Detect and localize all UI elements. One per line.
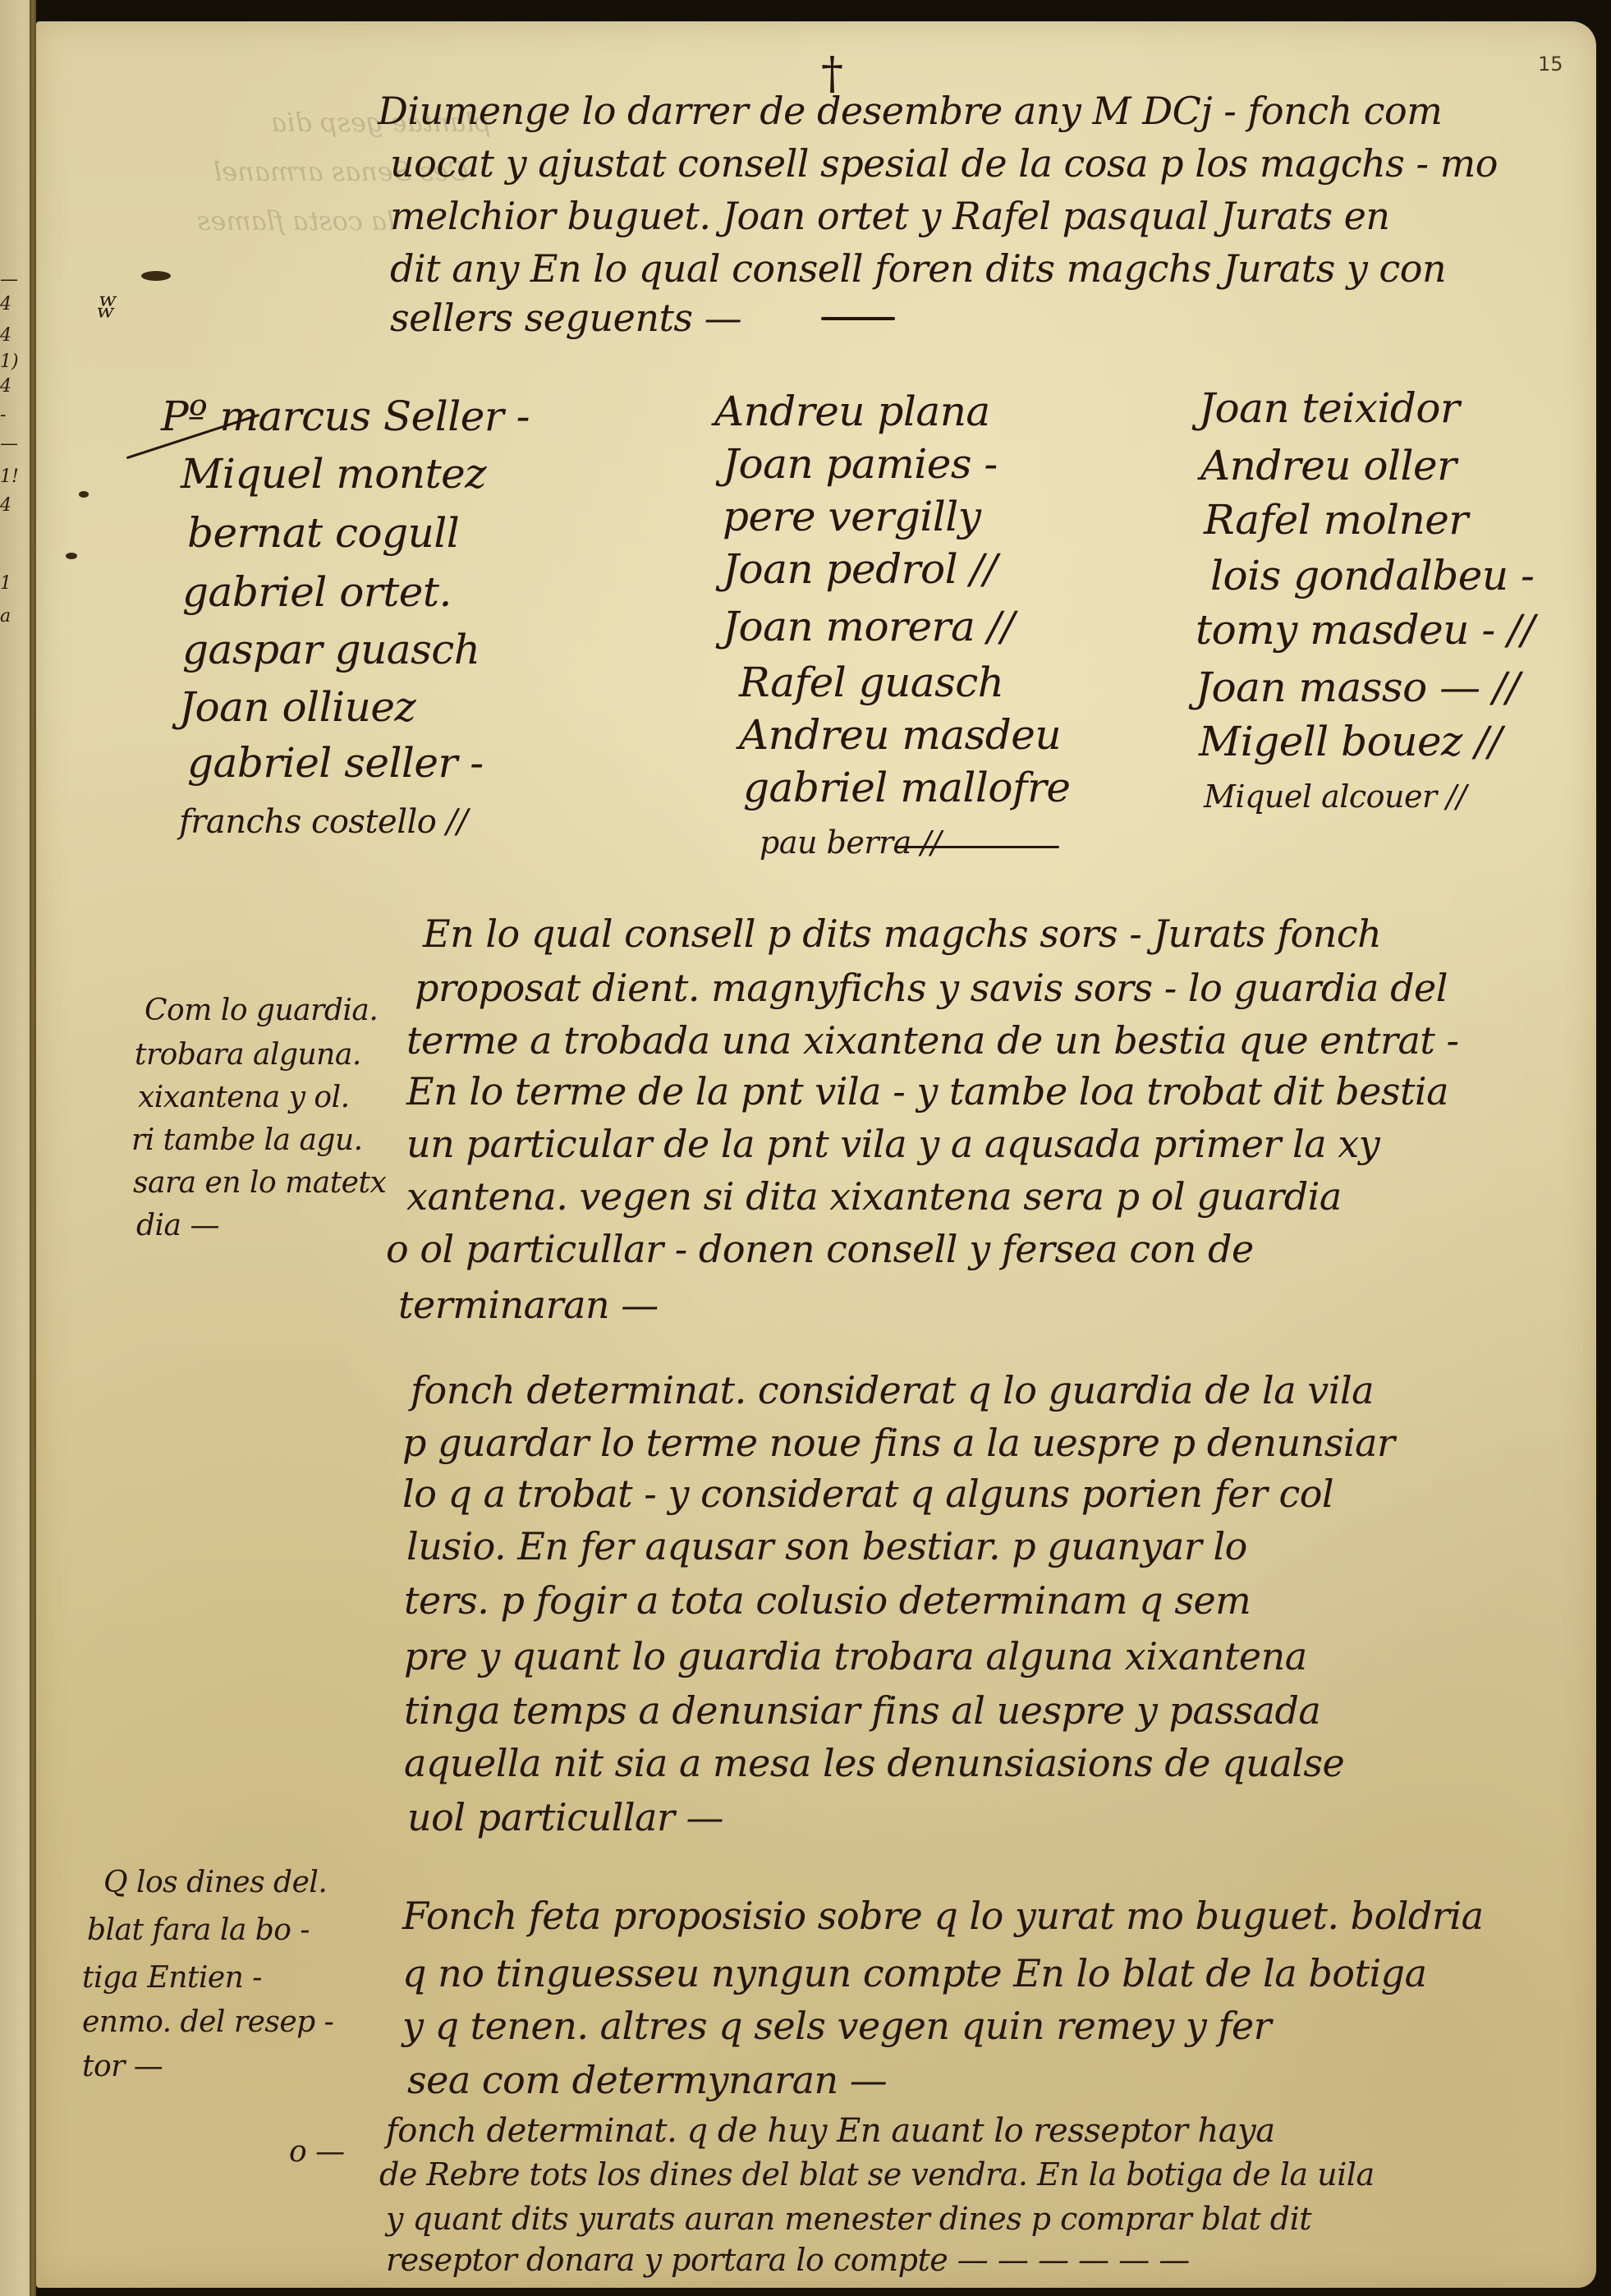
paragraph-line: lo q a trobat - y considerat q alguns po… <box>402 1472 1333 1516</box>
prev-page-fragment: 1! <box>0 468 33 486</box>
margin-note-line: tor — <box>82 2050 163 2083</box>
prev-page-fragment: — <box>0 435 33 453</box>
councillor-name: Andreu oller <box>1200 442 1456 489</box>
councillor-name: gabriel ortet. <box>182 568 452 616</box>
paragraph-line: tinga temps a denunsiar fins al uespre y… <box>404 1688 1320 1733</box>
councillor-name: Andreu plana <box>714 388 990 435</box>
councillor-name: lois gondalbeu - <box>1210 552 1534 599</box>
prev-page-fragment: 1) <box>0 353 33 371</box>
heading-line: Diumenge lo darrer de desembre any M DCj… <box>378 89 1442 133</box>
councillor-name: bernat cogull <box>187 509 459 557</box>
councillor-name: franchs costello // <box>179 803 468 841</box>
line-filler <box>895 846 1059 848</box>
councillor-name: Rafel molner <box>1204 496 1468 544</box>
margin-note-line: o — <box>289 2135 345 2169</box>
heading-line: dit any En lo qual consell foren dits ma… <box>390 246 1446 291</box>
paragraph-line: de Rebre tots los dines del blat se vend… <box>379 2156 1375 2193</box>
paragraph-line: aquella nit sia a mesa les denunsiasions… <box>404 1741 1344 1785</box>
prev-page-fragment: 4 <box>0 378 33 396</box>
paragraph-line: terminaran — <box>398 1283 659 1327</box>
paragraph-line: pre y quant lo guardia trobara alguna xi… <box>404 1634 1307 1678</box>
paragraph-line: terme a trobada una xixantena de un best… <box>406 1018 1459 1063</box>
councillor-name: gaspar guasch <box>182 626 480 673</box>
line-filler <box>821 317 895 320</box>
margin-note-line: sara en lo matetx <box>133 1166 386 1200</box>
councillor-name: gabriel mallofre <box>743 764 1071 811</box>
councillor-name: Andreu masdeu <box>739 711 1061 759</box>
councillor-name: Migell bouez // <box>1199 718 1502 765</box>
margin-note-line: ri tambe la agu. <box>131 1123 363 1157</box>
paragraph-line: Fonch feta proposisio sobre q lo yurat m… <box>402 1894 1484 1938</box>
binding-gutter <box>30 0 36 2296</box>
folio-number: 15 <box>1538 53 1563 76</box>
margin-note-line: dia — <box>136 1209 219 1242</box>
paragraph-line: un particular de la pnt vila y a aqusada… <box>406 1122 1379 1166</box>
margin-note-line: Q los dines del. <box>103 1866 327 1899</box>
heading-line: uocat y ajustat consell spesial de la co… <box>390 141 1498 186</box>
previous-page-edge: — 4 4 1) 4 - — 1! 4 1 a <box>0 0 33 2296</box>
paragraph-line: y quant dits yurats auran menester dines… <box>386 2201 1311 2237</box>
paragraph-line: fonch determinat. considerat q lo guardi… <box>411 1368 1374 1412</box>
councillor-name: pere vergilly <box>723 493 980 540</box>
ink-blot <box>79 491 89 498</box>
paragraph-line: reseptor donara y portara lo compte — — … <box>386 2242 1190 2278</box>
paragraph-line: y q tenen. altres q sels vegen quin reme… <box>402 2004 1271 2048</box>
paragraph-line: En lo terme de la pnt vila - y tambe loa… <box>406 1069 1448 1114</box>
prev-page-fragment: 4 <box>0 497 33 515</box>
councillor-name: Joan teixidor <box>1199 384 1459 432</box>
prev-page-fragment: 4 <box>0 327 33 345</box>
paragraph-line: fonch determinat. q de huy En auant lo r… <box>386 2112 1275 2150</box>
paragraph-line: lusio. En fer aqusar son bestiar. p guan… <box>406 1524 1247 1568</box>
councillor-name: Joan olliuez <box>179 683 415 731</box>
margin-note-line: xixantena y ol. <box>138 1081 350 1114</box>
margin-note-line: enmo. del resep - <box>82 2005 333 2039</box>
councillor-name: Joan morera // <box>723 603 1014 650</box>
prev-page-fragment: 4 <box>0 296 33 314</box>
prev-page-fragment: — <box>0 271 33 289</box>
councillor-name: Joan pedrol // <box>723 545 997 593</box>
paragraph-line: sea com determynaran — <box>407 2058 887 2102</box>
councillor-name: gabriel seller - <box>187 739 484 787</box>
paragraph-line: o ol particullar - donen consell y ferse… <box>386 1227 1254 1271</box>
paragraph-line: uol particullar — <box>407 1795 723 1839</box>
paragraph-line: q no tinguesseu nyngun compte En lo blat… <box>402 1951 1427 1995</box>
heading-line: sellers seguents — <box>390 296 741 340</box>
heading-line: melchior buguet. Joan ortet y Rafel pasq… <box>390 194 1390 238</box>
councillor-name: tomy masdeu - // <box>1196 606 1535 654</box>
ink-blot <box>141 271 171 281</box>
councillor-name: Joan pamies - <box>723 440 998 488</box>
prev-page-fragment: 1 <box>0 575 33 593</box>
paragraph-line: ters. p fogir a tota colusio determinam … <box>404 1578 1251 1623</box>
paragraph-line: proposat dient. magnyfichs y savis sors … <box>415 966 1448 1010</box>
margin-note-line: trobara alguna. <box>135 1038 361 1072</box>
paragraph-line: xantena. vegen si dita xixantena sera p … <box>406 1174 1342 1219</box>
prev-page-fragment: a <box>0 608 33 626</box>
ink-blot <box>66 553 77 559</box>
margin-note-line: Com lo guardia. <box>145 994 378 1027</box>
councillor-name: Joan masso — // <box>1196 664 1520 711</box>
prev-page-fragment: - <box>0 406 33 425</box>
paragraph-line: En lo qual consell p dits magchs sors - … <box>423 912 1381 956</box>
councillor-name: pau berra // <box>760 824 941 861</box>
councillor-name: Pº marcus Seller - <box>161 393 530 440</box>
marginal-flourish: ʬ <box>97 287 116 325</box>
margin-note-line: tiga Entien - <box>82 1961 262 1995</box>
councillor-name: Miquel montez <box>181 450 486 498</box>
councillor-name: Miquel alcouer // <box>1204 778 1466 815</box>
manuscript-scan: — 4 4 1) 4 - — 1! 4 1 a plantae gesp dia… <box>0 0 1611 2296</box>
bleed-through-text: la costa flames <box>197 205 395 236</box>
councillor-name: Rafel guasch <box>739 659 1003 706</box>
paragraph-line: p guardar lo terme noue fins a la uespre… <box>402 1421 1395 1465</box>
margin-note-line: blat fara la bo - <box>87 1913 310 1947</box>
